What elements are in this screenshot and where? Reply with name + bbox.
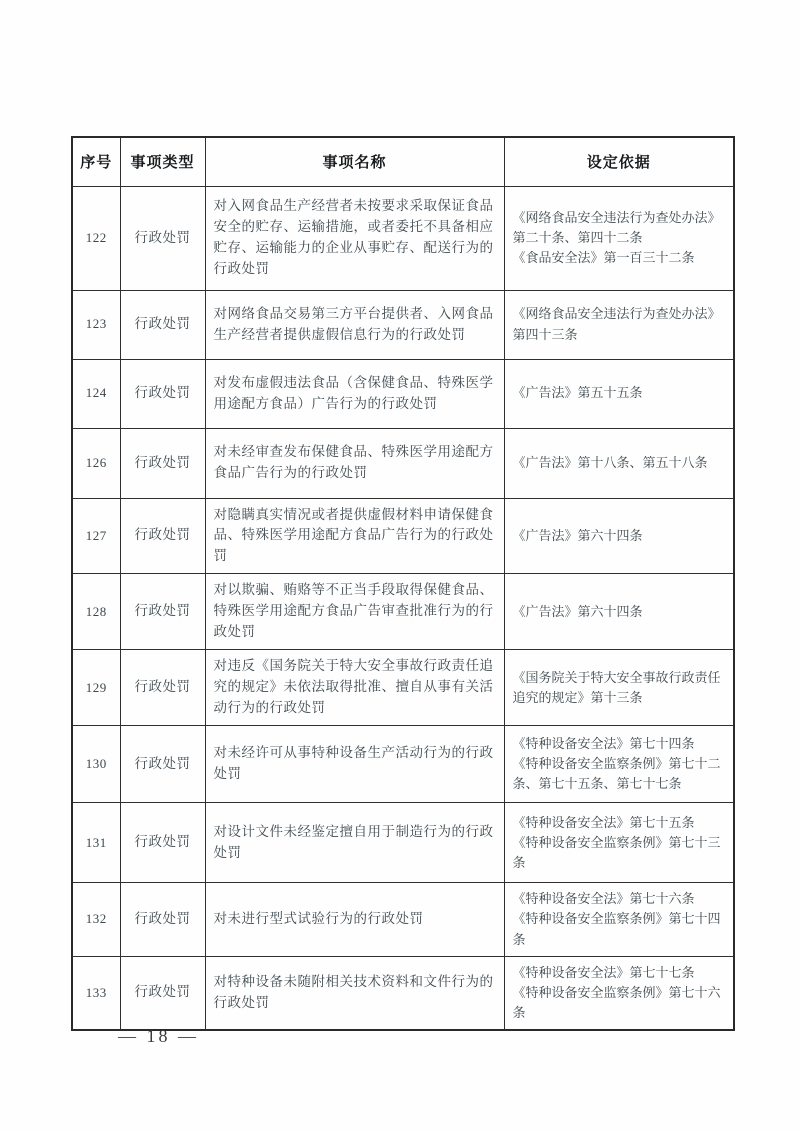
document-page: 序号 事项类型 事项名称 设定依据 122行政处罚对入网食品生产经营者未按要求采… — [0, 0, 800, 1131]
cell-item-name: 对隐瞒真实情况或者提供虚假材料申请保健食品、特殊医学用途配方食品广告行为的行政处… — [205, 498, 504, 574]
table-row: 123行政处罚对网络食品交易第三方平台提供者、入网食品生产经营者提供虚假信息行为… — [72, 290, 734, 359]
cell-legal-basis: 《特种设备安全法》第七十五条 《特种设备安全监察条例》第七十三条 — [504, 803, 734, 883]
cell-item-name: 对未经许可从事特种设备生产活动行为的行政处罚 — [205, 726, 504, 803]
cell-serial-number: 128 — [72, 574, 120, 650]
cell-legal-basis: 《网络食品安全违法行为查处办法》第四十三条 — [504, 290, 734, 359]
table-body: 122行政处罚对入网食品生产经营者未按要求采取保证食品安全的贮存、运输措施，或者… — [72, 186, 734, 1030]
table-row: 126行政处罚对未经审查发布保健食品、特殊医学用途配方食品广告行为的行政处罚《广… — [72, 428, 734, 498]
page-number: — 18 — — [118, 1026, 199, 1047]
table-row: 129行政处罚对违反《国务院关于特大安全事故行政责任追究的规定》未依法取得批准、… — [72, 650, 734, 726]
cell-legal-basis: 《广告法》第六十四条 — [504, 574, 734, 650]
cell-legal-basis: 《广告法》第十八条、第五十八条 — [504, 428, 734, 498]
cell-serial-number: 133 — [72, 956, 120, 1030]
cell-item-name: 对入网食品生产经营者未按要求采取保证食品安全的贮存、运输措施，或者委托不具备相应… — [205, 186, 504, 290]
header-serial-number: 序号 — [72, 137, 120, 186]
cell-legal-basis: 《国务院关于特大安全事故行政责任追究的规定》第十三条 — [504, 650, 734, 726]
cell-item-type: 行政处罚 — [120, 290, 205, 359]
table-row: 124行政处罚对发布虚假违法食品（含保健食品、特殊医学用途配方食品）广告行为的行… — [72, 359, 734, 428]
cell-item-name: 对以欺骗、贿赂等不正当手段取得保健食品、特殊医学用途配方食品广告审查批准行为的行… — [205, 574, 504, 650]
table-row: 130行政处罚对未经许可从事特种设备生产活动行为的行政处罚《特种设备安全法》第七… — [72, 726, 734, 803]
cell-item-type: 行政处罚 — [120, 498, 205, 574]
cell-serial-number: 129 — [72, 650, 120, 726]
cell-item-name: 对网络食品交易第三方平台提供者、入网食品生产经营者提供虚假信息行为的行政处罚 — [205, 290, 504, 359]
cell-item-type: 行政处罚 — [120, 359, 205, 428]
cell-serial-number: 123 — [72, 290, 120, 359]
cell-serial-number: 131 — [72, 803, 120, 883]
header-legal-basis: 设定依据 — [504, 137, 734, 186]
cell-item-type: 行政处罚 — [120, 428, 205, 498]
cell-serial-number: 124 — [72, 359, 120, 428]
cell-item-name: 对违反《国务院关于特大安全事故行政责任追究的规定》未依法取得批准、擅自从事有关活… — [205, 650, 504, 726]
table-row: 132行政处罚对未进行型式试验行为的行政处罚《特种设备安全法》第七十六条 《特种… — [72, 883, 734, 956]
cell-item-type: 行政处罚 — [120, 574, 205, 650]
table-header-row: 序号 事项类型 事项名称 设定依据 — [72, 137, 734, 186]
cell-legal-basis: 《网络食品安全违法行为查处办法》第二十条、第四十二条 《食品安全法》第一百三十二… — [504, 186, 734, 290]
cell-item-name: 对发布虚假违法食品（含保健食品、特殊医学用途配方食品）广告行为的行政处罚 — [205, 359, 504, 428]
cell-serial-number: 130 — [72, 726, 120, 803]
cell-legal-basis: 《特种设备安全法》第七十四条 《特种设备安全监察条例》第七十二条、第七十五条、第… — [504, 726, 734, 803]
cell-item-name: 对设计文件未经鉴定擅自用于制造行为的行政处罚 — [205, 803, 504, 883]
cell-serial-number: 127 — [72, 498, 120, 574]
cell-item-name: 对未进行型式试验行为的行政处罚 — [205, 883, 504, 956]
cell-item-type: 行政处罚 — [120, 803, 205, 883]
table-row: 122行政处罚对入网食品生产经营者未按要求采取保证食品安全的贮存、运输措施，或者… — [72, 186, 734, 290]
cell-legal-basis: 《特种设备安全法》第七十七条 《特种设备安全监察条例》第七十六条 — [504, 956, 734, 1030]
cell-item-type: 行政处罚 — [120, 883, 205, 956]
cell-item-name: 对未经审查发布保健食品、特殊医学用途配方食品广告行为的行政处罚 — [205, 428, 504, 498]
cell-item-type: 行政处罚 — [120, 726, 205, 803]
cell-legal-basis: 《特种设备安全法》第七十六条 《特种设备安全监察条例》第七十四条 — [504, 883, 734, 956]
table-row: 133行政处罚对特种设备未随附相关技术资料和文件行为的行政处罚《特种设备安全法》… — [72, 956, 734, 1030]
cell-item-type: 行政处罚 — [120, 650, 205, 726]
items-table: 序号 事项类型 事项名称 设定依据 122行政处罚对入网食品生产经营者未按要求采… — [71, 136, 735, 1031]
cell-item-name: 对特种设备未随附相关技术资料和文件行为的行政处罚 — [205, 956, 504, 1030]
header-item-type: 事项类型 — [120, 137, 205, 186]
header-item-name: 事项名称 — [205, 137, 504, 186]
table-row: 131行政处罚对设计文件未经鉴定擅自用于制造行为的行政处罚《特种设备安全法》第七… — [72, 803, 734, 883]
cell-item-type: 行政处罚 — [120, 186, 205, 290]
cell-serial-number: 126 — [72, 428, 120, 498]
cell-legal-basis: 《广告法》第六十四条 — [504, 498, 734, 574]
cell-serial-number: 132 — [72, 883, 120, 956]
table-row: 128行政处罚对以欺骗、贿赂等不正当手段取得保健食品、特殊医学用途配方食品广告审… — [72, 574, 734, 650]
cell-legal-basis: 《广告法》第五十五条 — [504, 359, 734, 428]
cell-item-type: 行政处罚 — [120, 956, 205, 1030]
table-row: 127行政处罚对隐瞒真实情况或者提供虚假材料申请保健食品、特殊医学用途配方食品广… — [72, 498, 734, 574]
cell-serial-number: 122 — [72, 186, 120, 290]
